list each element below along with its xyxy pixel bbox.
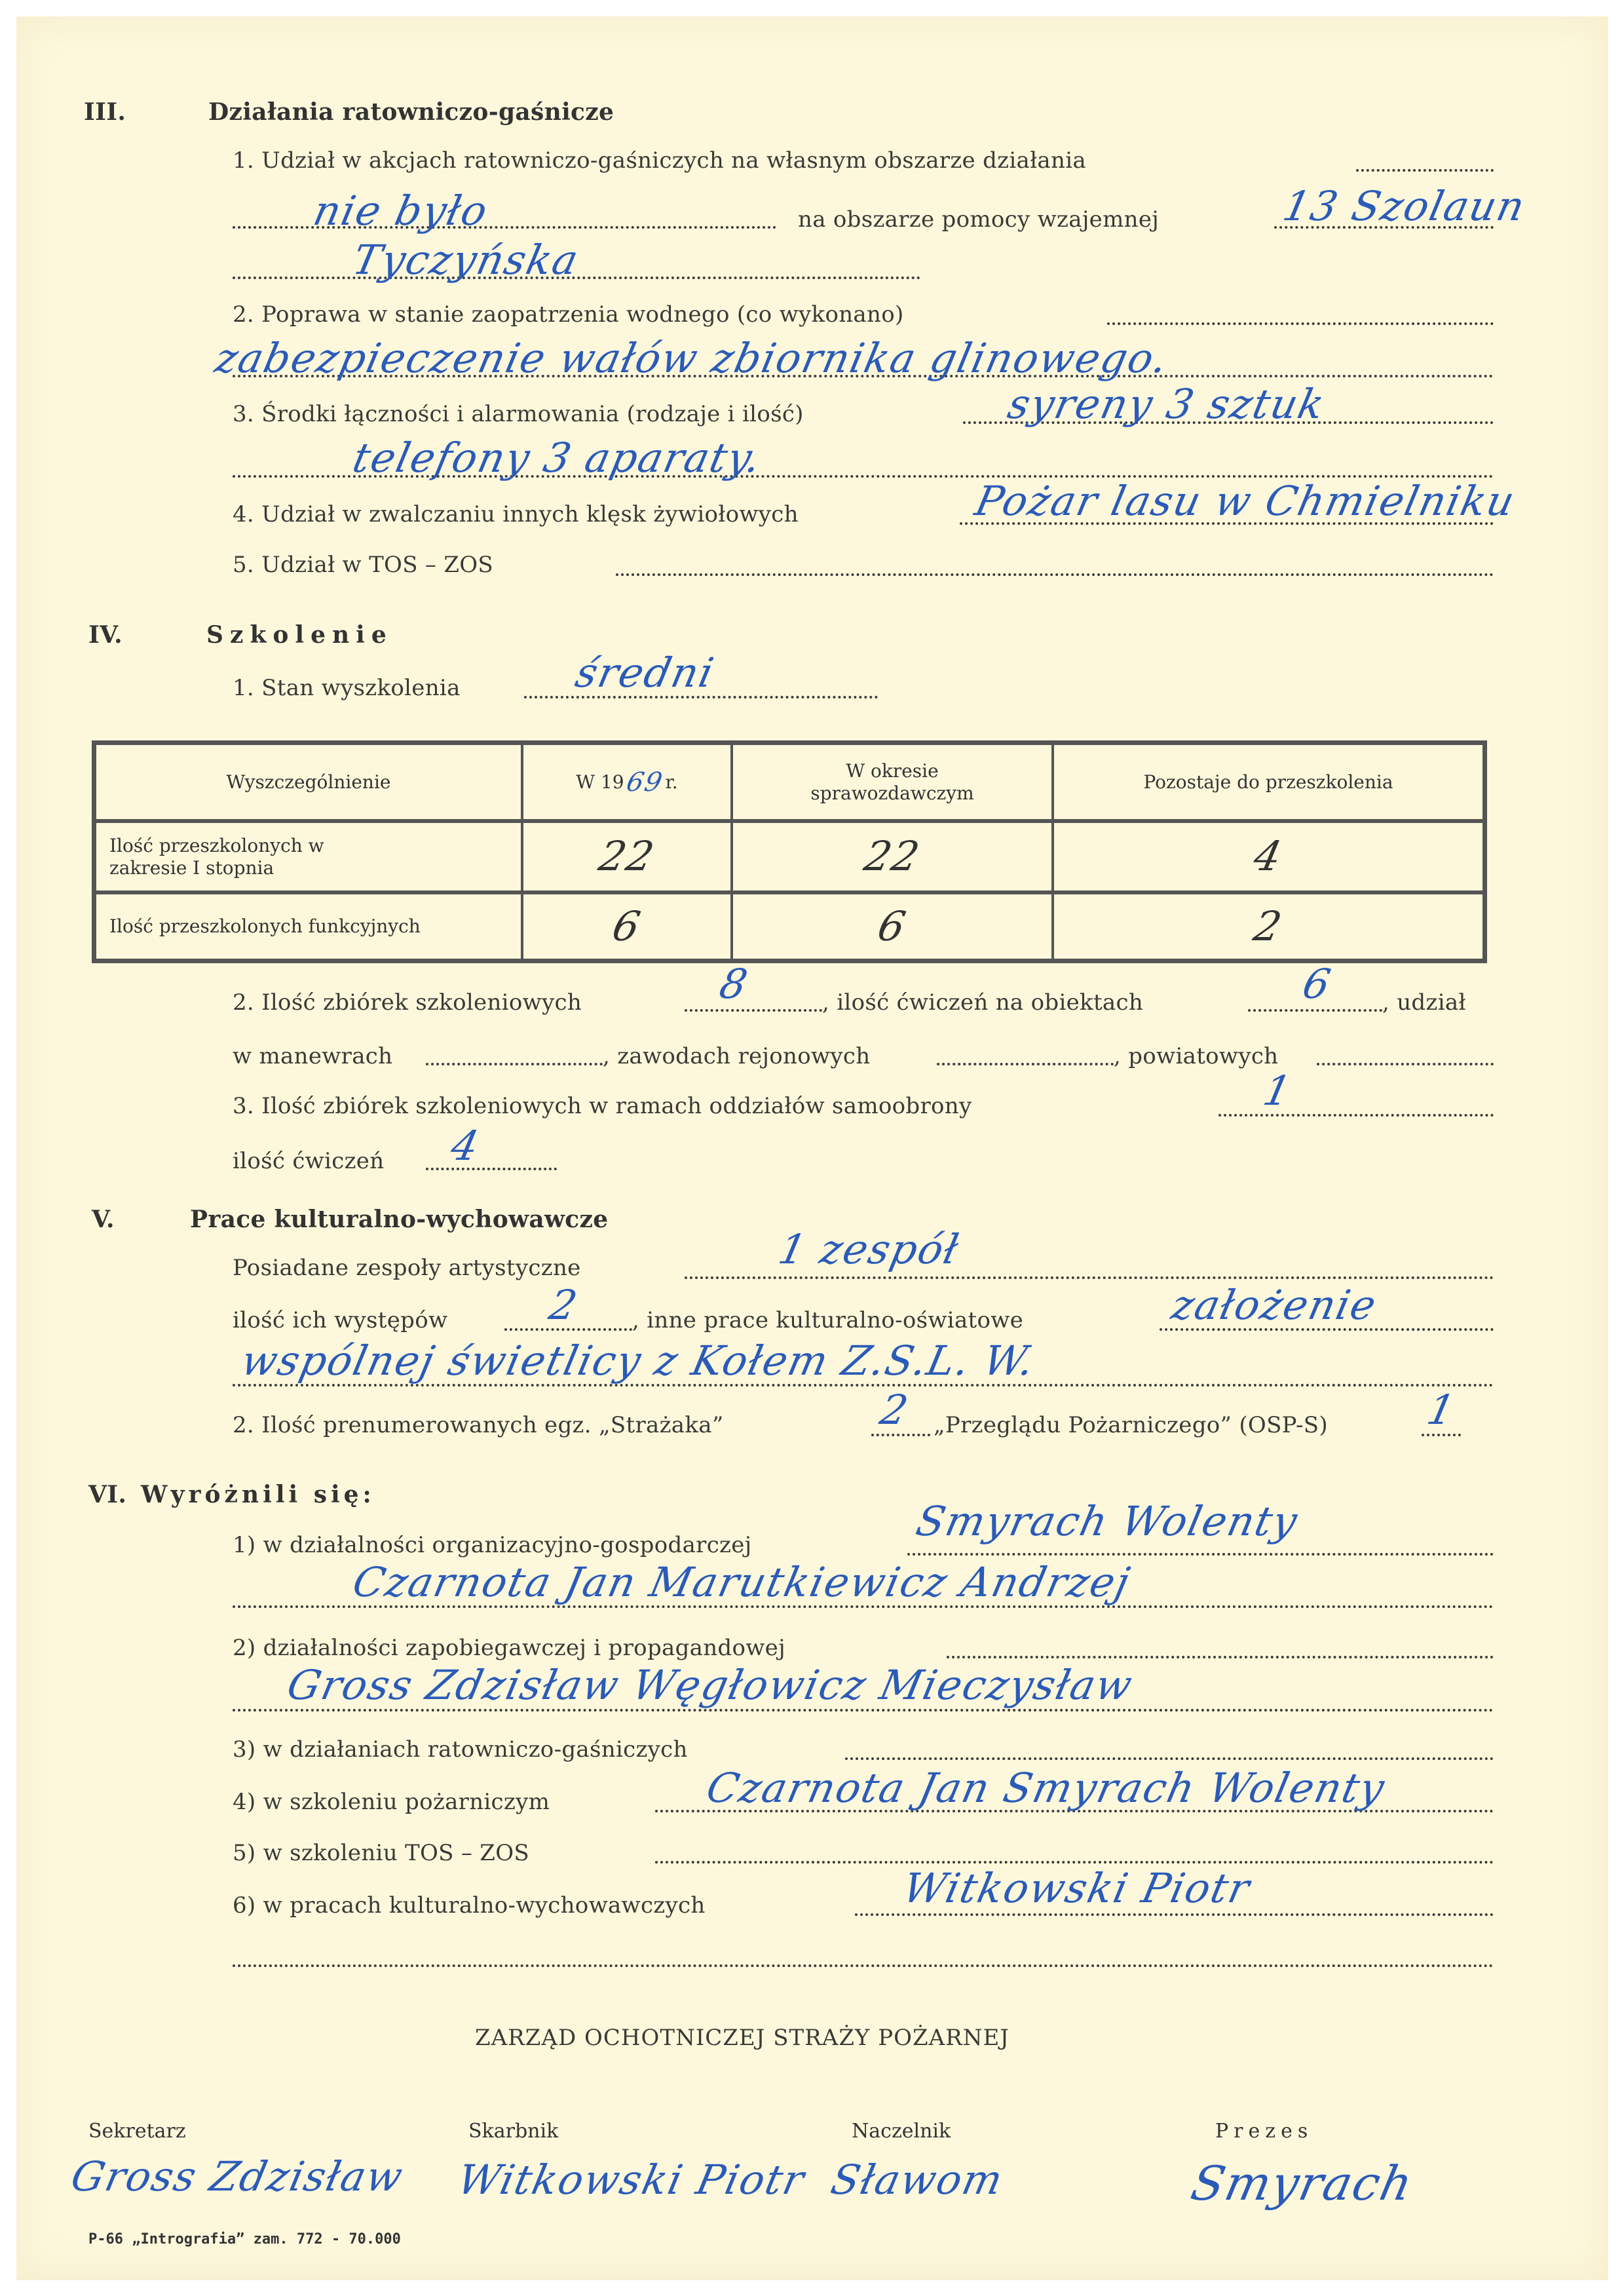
s4-item2-label-b: , ilość ćwiczeń na obiektach: [822, 989, 1143, 1016]
s6-item1-value[interactable]: Smyrach Wolenty: [912, 1497, 1302, 1545]
table-header-year-value[interactable]: 69: [623, 767, 666, 798]
table-row-1-remaining[interactable]: 4: [1047, 823, 1490, 890]
s3-item1-line-a: [1356, 169, 1494, 172]
section-4-number: IV.: [88, 621, 123, 649]
s3-item4-label: 4. Udział w zwalczaniu innych klęsk żywi…: [233, 501, 799, 527]
s4-item2-label-f: , powiatowych: [1114, 1043, 1278, 1069]
signature-chief: Sławom: [827, 2156, 1008, 2204]
s4-item1-value[interactable]: średni: [571, 649, 719, 697]
table-header-year: W 1969r.: [523, 745, 730, 819]
s4-item2-line-a: [685, 1009, 822, 1012]
s6-extra-line: [233, 1964, 1494, 1967]
signature-president: Smyrach: [1186, 2156, 1418, 2211]
s6-item6-line: [855, 1913, 1494, 1916]
s4-item2-line-f: [1317, 1063, 1494, 1065]
table-row-1-label: Ilość przeszkolonych w zakresie I stopni…: [96, 823, 521, 890]
section-5-number: V.: [92, 1206, 115, 1233]
s5-groups-label: Posiadane zespoły artystyczne: [233, 1255, 581, 1281]
s3-item1-label: 1. Udział w akcjach ratowniczo-gaśniczyc…: [233, 147, 1086, 174]
table-row-1-year[interactable]: 22: [516, 823, 738, 890]
s6-item5-label: 5) w szkoleniu TOS – ZOS: [233, 1840, 529, 1866]
s6-item4-label: 4) w szkoleniu pożarniczym: [233, 1789, 550, 1815]
s5-other-label: , inne prace kulturalno-oświatowe: [632, 1307, 1023, 1333]
section-5-title: Prace kulturalno-wychowawcze: [190, 1206, 608, 1233]
s4-item1-label: 1. Stan wyszkolenia: [233, 675, 461, 701]
s6-item4-value[interactable]: Czarnota Jan Smyrach Wolenty: [702, 1764, 1389, 1812]
s4-item2-label-e: , zawodach rejonowych: [603, 1043, 870, 1069]
s5-groups-value[interactable]: 1 zespół: [774, 1225, 964, 1273]
s3-item1-mutual-label: na obszarze pomocy wzajemnej: [798, 206, 1159, 233]
table-row-2-label: Ilość przeszkolonych funkcyjnych: [96, 894, 521, 959]
table-header-remaining: Pozostaje do przeszkolenia: [1054, 745, 1482, 819]
s3-item1-mutual-value[interactable]: 13 Szolaun: [1279, 182, 1530, 230]
s5-item2-label-a: 2. Ilość prenumerowanych egz. „Strażaka”: [233, 1412, 724, 1438]
signature-treasurer: Witkowski Piotr: [453, 2156, 809, 2204]
s3-item2-value[interactable]: zabezpieczenie wałów zbiornika glinowego…: [211, 334, 1173, 382]
section-3-number: III.: [84, 98, 126, 126]
s6-item1-label: 1) w działalności organizacyjno-gospodar…: [233, 1532, 752, 1558]
table-header-period: W okresie sprawozdawczym: [733, 745, 1051, 819]
s6-item2-label: 2) działalności zapobiegawczej i propaga…: [233, 1635, 785, 1661]
s3-item2-line-a: [1107, 322, 1494, 325]
table-row-2-year[interactable]: 6: [517, 894, 738, 959]
section-4-title: Szkolenie: [206, 621, 393, 649]
s6-item3-label: 3) w działaniach ratowniczo-gaśniczych: [233, 1736, 688, 1763]
s3-item3-label: 3. Środki łączności i alarmowania (rodza…: [233, 401, 804, 427]
s4-item2-label-a: 2. Ilość zbiórek szkoleniowych: [233, 989, 582, 1016]
table-row-2-remaining[interactable]: 2: [1048, 894, 1490, 959]
s4-item2-label-d: w manewrach: [233, 1043, 392, 1069]
signature-secretary: Gross Zdzisław: [67, 2152, 408, 2200]
s6-item1-line: [907, 1553, 1494, 1556]
s3-item1-own-value[interactable]: nie było: [309, 187, 493, 235]
s5-other-value[interactable]: założenie: [1167, 1281, 1381, 1329]
s5-item2-line-b: [1422, 1434, 1461, 1436]
s6-item2-line: [947, 1656, 1494, 1658]
s5-groups-line: [685, 1276, 1494, 1279]
print-note: P-66 „Intrografia” zam. 772 - 70.000: [88, 2231, 401, 2248]
s6-item3-line: [845, 1757, 1494, 1760]
s3-item1-mutual-value-cont[interactable]: Tyczyńska: [349, 236, 584, 284]
s4-item2-line-d: [426, 1063, 603, 1065]
signature-label-treasurer: Skarbnik: [468, 2120, 558, 2143]
s5-item2-label-b: „Przeglądu Pożarniczego” (OSP-S): [934, 1412, 1328, 1438]
training-table: Wyszczególnienie W 1969r. W okresie spra…: [92, 740, 1487, 963]
s3-item4-value[interactable]: Pożar lasu w Chmielniku: [971, 477, 1520, 525]
s3-item3-value-cont[interactable]: telefony 3 aparaty.: [349, 434, 766, 482]
board-title: ZARZĄD OCHOTNICZEJ STRAŻY POŻARNEJ: [475, 2025, 1010, 2051]
signature-label-president: Prezes: [1215, 2120, 1313, 2143]
s5-other-value-cont[interactable]: wspólnej świetlicy z Kołem Z.S.L. W.: [237, 1337, 1040, 1385]
s4-item2-label-c: , udział: [1382, 989, 1466, 1016]
s6-item6-label: 6) w pracach kulturalno-wychowawczych: [233, 1892, 706, 1919]
table-header-description: Wyszczególnienie: [96, 745, 521, 819]
s6-item2-value-cont[interactable]: Gross Zdzisław Węgłowicz Mieczysław: [283, 1661, 1137, 1709]
s6-item1-value-cont[interactable]: Czarnota Jan Marutkiewicz Andrzej: [349, 1558, 1135, 1606]
s5-item2-line-a: [871, 1434, 930, 1436]
s4-item3-line-b: [426, 1168, 557, 1170]
s4-item3-label-b: ilość ćwiczeń: [233, 1148, 384, 1174]
s3-item5-label: 5. Udział w TOS – ZOS: [233, 552, 493, 578]
s4-item2-line-b: [1248, 1009, 1382, 1012]
s3-item1-mutual-line-2: [233, 277, 920, 279]
s6-item2-line-2: [233, 1709, 1494, 1712]
s4-item3-label: 3. Ilość zbiórek szkoleniowych w ramach …: [233, 1093, 972, 1119]
s3-item5-line: [616, 573, 1494, 576]
section-6-number: VI.: [88, 1481, 126, 1508]
signature-label-secretary: Sekretarz: [88, 2120, 186, 2143]
signature-label-chief: Naczelnik: [852, 2120, 951, 2143]
s3-item3-value[interactable]: syreny 3 sztuk: [1004, 380, 1329, 428]
s3-item2-label: 2. Poprawa w stanie zaopatrzenia wodnego…: [233, 301, 904, 328]
s6-item5-line: [655, 1861, 1494, 1864]
s5-performances-label: ilość ich występów: [233, 1307, 447, 1333]
table-row-2-period[interactable]: 6: [727, 894, 1059, 959]
section-3-title: Działania ratowniczo-gaśnicze: [208, 98, 614, 126]
section-6-title: Wyróżnili się:: [141, 1481, 375, 1508]
s6-item6-value[interactable]: Witkowski Piotr: [899, 1864, 1255, 1912]
table-row-1-period[interactable]: 22: [726, 823, 1059, 890]
s4-item2-line-e: [937, 1063, 1114, 1065]
